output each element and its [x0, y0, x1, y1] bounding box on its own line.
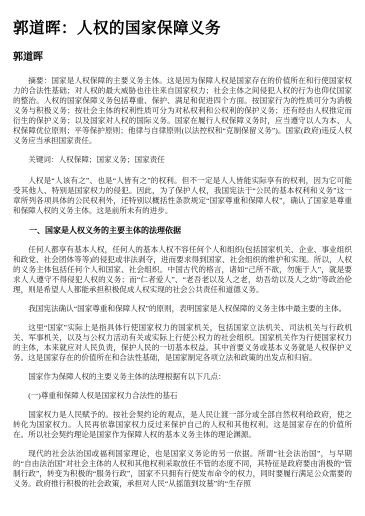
- sub-heading-1: (一)尊重和保障人权是国家权力合法性的基石: [13, 391, 352, 401]
- abstract-paragraph: 摘要：国家是人权保障的主要义务主体。这是因为保障人权是国家存在的价值所在和行使国…: [13, 76, 352, 146]
- page-title: 郭道晖：人权的国家保障义务: [13, 16, 352, 38]
- author-name: 郭道晖: [13, 48, 352, 63]
- document-page: 郭道晖：人权的国家保障义务 郭道晖 摘要：国家是人权保障的主要义务主体。这是因为…: [0, 0, 365, 516]
- keywords-line: 关键词：人权保障；国家义务；国家责任: [13, 155, 352, 165]
- body-paragraph: 我国宪法确认“国家尊重和保障人权”的原则，表明国家是人权保障的义务主体中最主要的…: [13, 304, 352, 314]
- body-paragraph: 国家作为保障人权的主要义务主体的法理根据有以下几点：: [13, 372, 352, 382]
- body-paragraph: 任何人都享有基本人权，任何人的基本人权不容任何个人和组织(包括国家机关、企业、事…: [13, 245, 352, 295]
- body-paragraph: 现代的社会法治国或福利国家理论，也是国家义务论的另一依据。所谓“社会法治国”，与…: [13, 449, 352, 489]
- body-paragraph: 人权是“人该有之”、也是“人皆有之”的权利。但不一定是人人皆能实际享有的权利，因…: [13, 176, 352, 216]
- section-heading-1: 一、国家是人权义务的主要主体的法理依据: [13, 226, 352, 236]
- body-paragraph: 国家权力是人民赋予的。按社会契约论的观点，是人民让渡一部分或全部自然权利给政府，…: [13, 410, 352, 440]
- body-paragraph: 这里“国家”实际上是指具体行使国家权力的国家机关，包括国家立法机关、司法机关与行…: [13, 323, 352, 363]
